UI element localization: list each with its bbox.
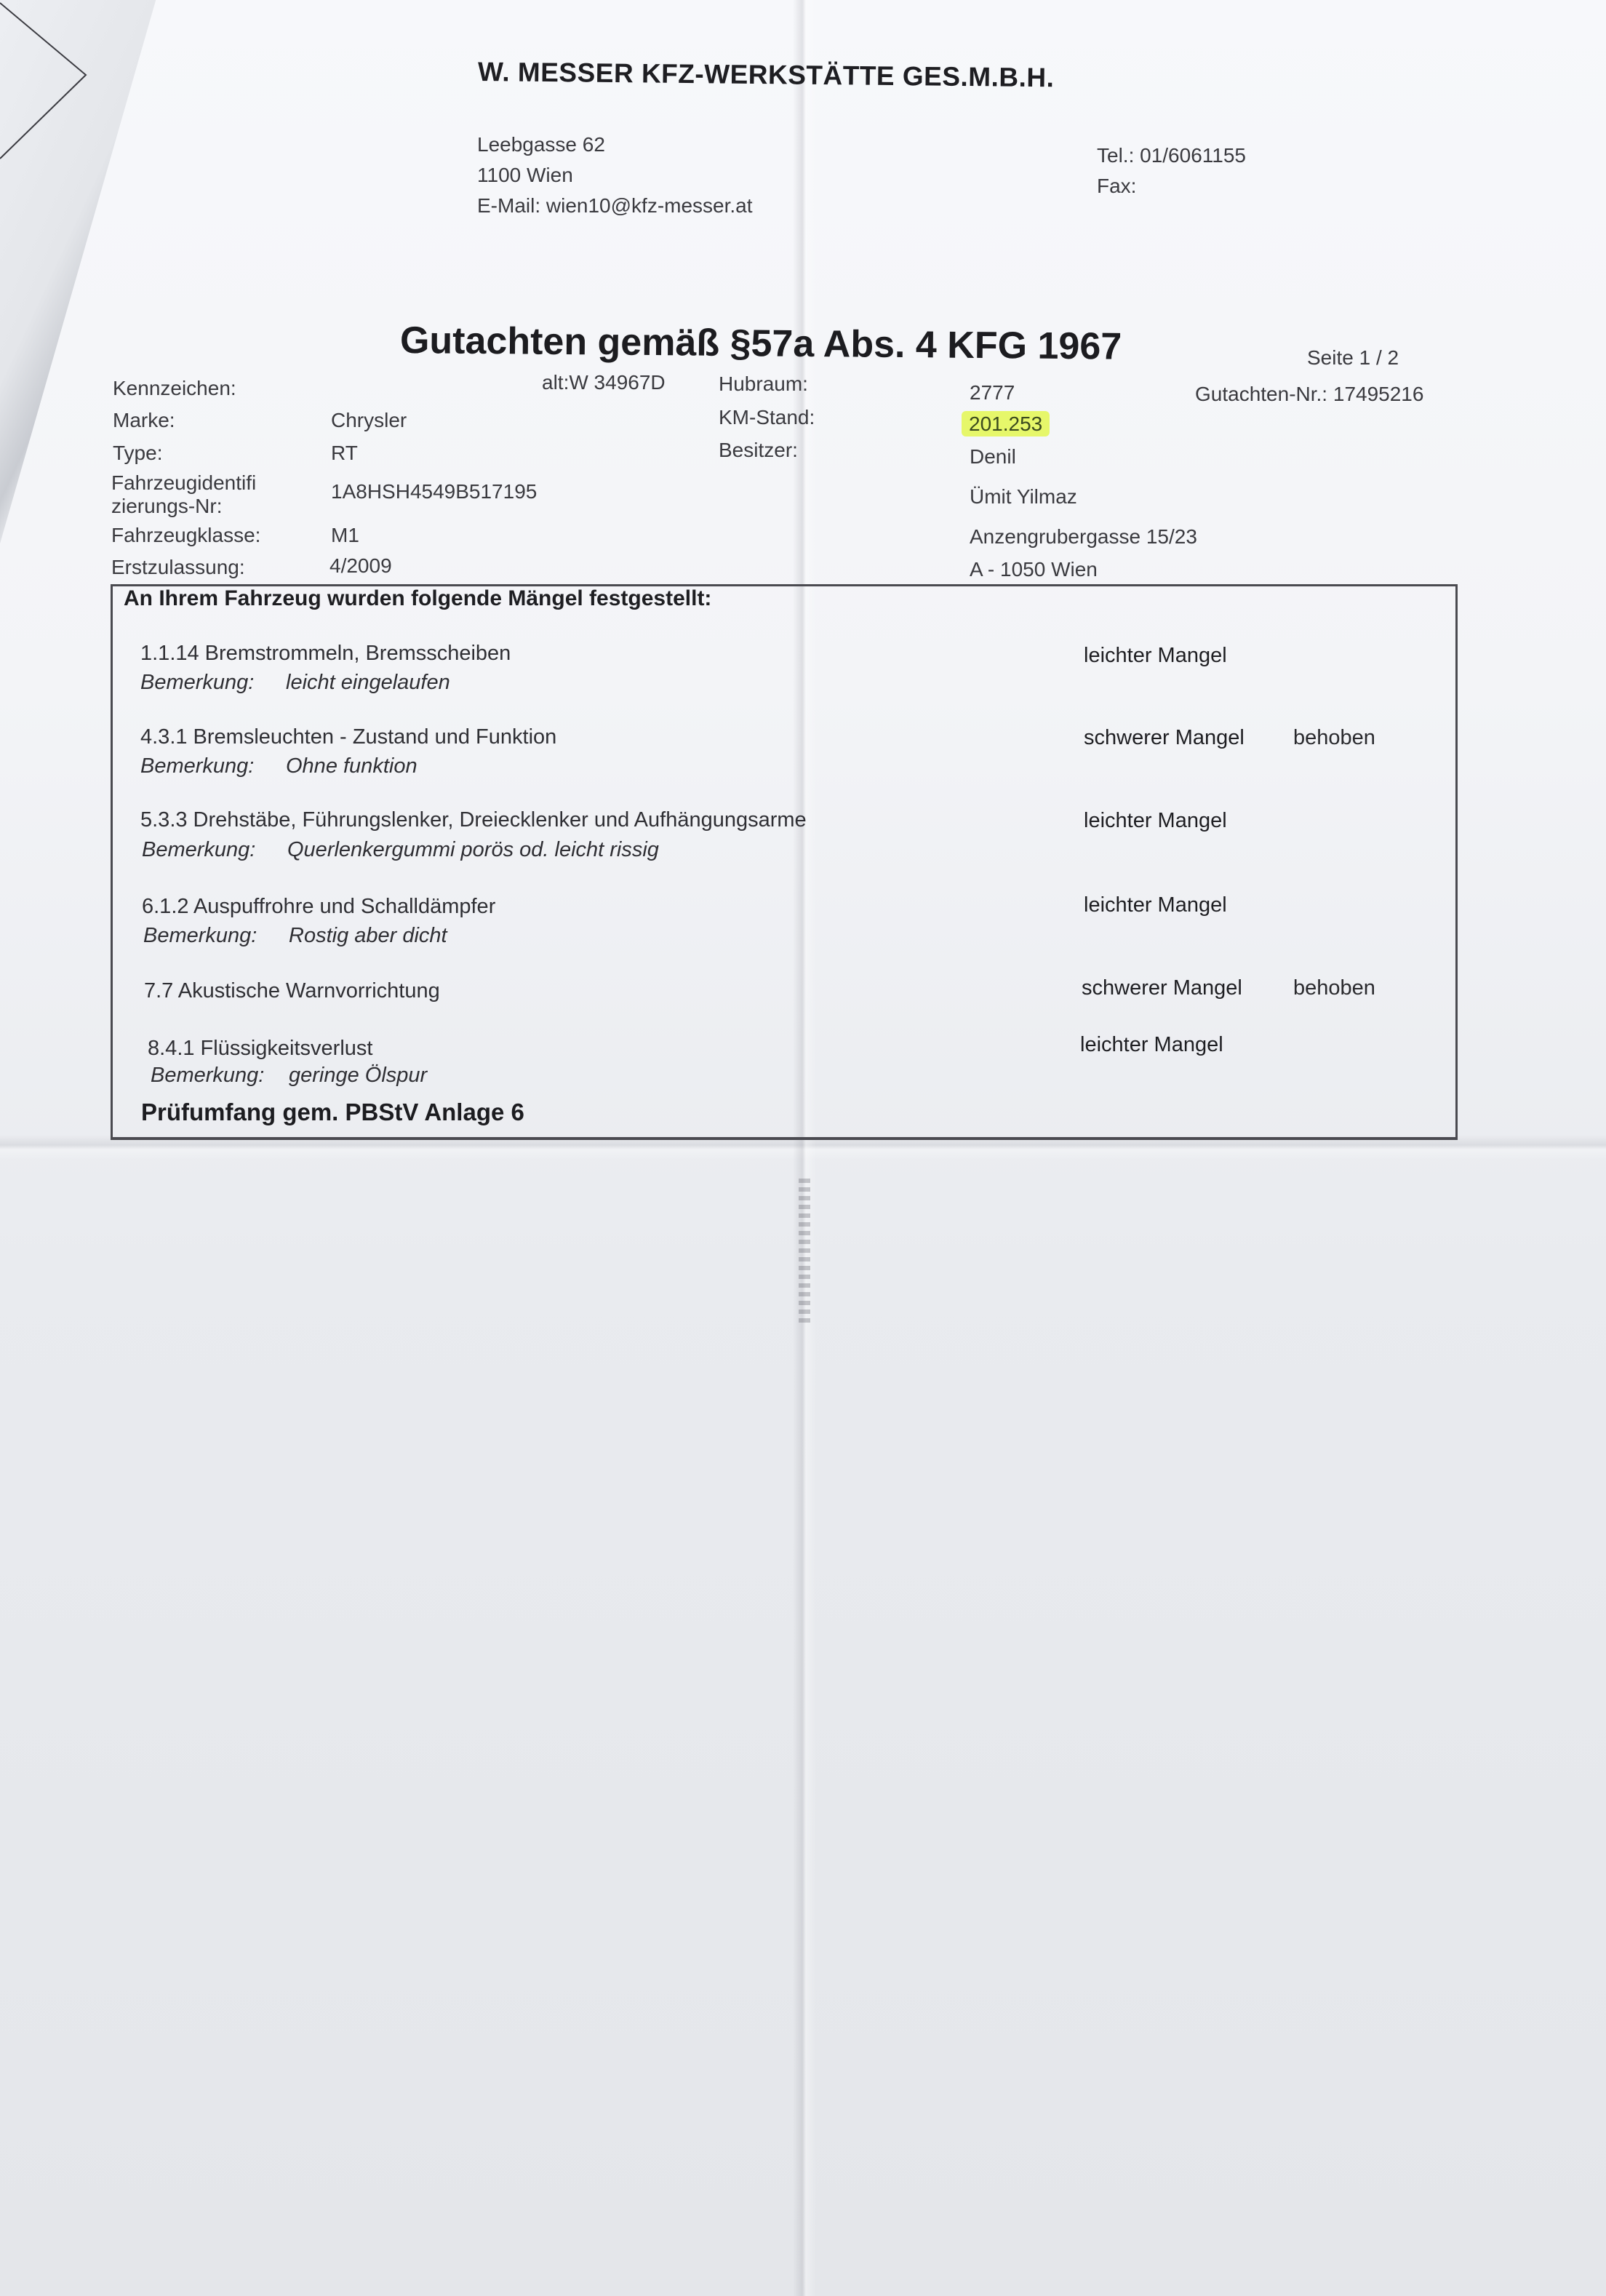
km-stand-highlight: 201.253 [962, 411, 1050, 437]
toner-smudge [799, 1179, 810, 1324]
owner-street: Anzengrubergasse 15/23 [970, 525, 1197, 549]
label-type: Type: [113, 442, 162, 465]
address-street: Leebgasse 62 [477, 129, 753, 160]
label-hubraum: Hubraum: [719, 372, 808, 396]
label-besitzer: Besitzer: [719, 439, 798, 462]
label-kennzeichen: Kennzeichen: [113, 377, 236, 400]
company-fax: Fax: [1097, 171, 1246, 202]
label-fin: Fahrzeugidentifi zierungs-Nr: [111, 471, 256, 518]
value-erstzulassung: 4/2009 [329, 554, 392, 578]
defect-remark: Bemerkung:Querlenkergummi porös od. leic… [142, 838, 659, 862]
defect-title: 4.3.1 Bremsleuchten - Zustand und Funkti… [140, 725, 556, 749]
defect-severity: schwerer Mangel [1082, 976, 1242, 1000]
address-city: 1100 Wien [477, 160, 753, 191]
label-marke: Marke: [113, 409, 175, 432]
defect-severity: schwerer Mangel [1084, 726, 1245, 750]
defect-title: 8.4.1 Flüssigkeitsverlust [148, 1037, 372, 1061]
report-number: Gutachten-Nr.: 17495216 [1195, 383, 1423, 406]
value-hubraum: 2777 [970, 381, 1015, 404]
defect-remark: Bemerkung:leicht eingelaufen [140, 671, 450, 695]
inspection-scope: Prüfumfang gem. PBStV Anlage 6 [141, 1099, 524, 1126]
defect-title: 7.7 Akustische Warnvorrichtung [144, 979, 440, 1003]
label-erstzulassung: Erstzulassung: [111, 556, 245, 579]
owner-name-2: Ümit Yilmaz [970, 485, 1077, 509]
company-tel: Tel.: 01/6061155 [1097, 140, 1246, 171]
defect-severity: leichter Mangel [1084, 644, 1227, 668]
owner-name-1: Denil [970, 445, 1016, 469]
folded-corner-outline [0, 0, 102, 175]
report-number-value: 17495216 [1333, 383, 1424, 405]
address-email: E-Mail: wien10@kfz-messer.at [477, 191, 753, 221]
label-km-stand: KM-Stand: [719, 406, 815, 429]
defect-title: 1.1.14 Bremstrommeln, Bremsscheiben [140, 642, 511, 666]
report-number-label: Gutachten-Nr.: [1195, 383, 1327, 405]
defect-remark: Bemerkung:Ohne funktion [140, 754, 418, 778]
page-number: Seite 1 / 2 [1307, 346, 1399, 370]
value-km-stand: 201.253 [962, 412, 1050, 436]
value-fin: 1A8HSH4549B517195 [331, 480, 537, 503]
document-title: Gutachten gemäß §57a Abs. 4 KFG 1967 [400, 319, 1122, 369]
defect-severity: leichter Mangel [1084, 893, 1227, 917]
value-marke: Chrysler [331, 409, 407, 432]
owner-city: A - 1050 Wien [970, 558, 1098, 581]
defect-title: 6.1.2 Auspuffrohre und Schalldämpfer [142, 895, 495, 919]
value-kennzeichen: alt:W 34967D [542, 371, 666, 394]
company-contact: Tel.: 01/6061155 Fax: [1097, 140, 1246, 202]
defect-title: 5.3.3 Drehstäbe, Führungslenker, Dreieck… [140, 808, 807, 832]
defect-severity: leichter Mangel [1080, 1033, 1223, 1057]
defect-remark: Bemerkung:geringe Ölspur [151, 1064, 427, 1088]
label-fahrzeugklasse: Fahrzeugklasse: [111, 524, 260, 547]
company-name: W. MESSER KFZ-WERKSTÄTTE GES.M.B.H. [478, 57, 1055, 93]
defect-status: behoben [1293, 726, 1375, 750]
defects-heading: An Ihrem Fahrzeug wurden folgende Mängel… [124, 586, 711, 611]
value-type: RT [331, 442, 358, 465]
defect-severity: leichter Mangel [1084, 809, 1227, 833]
company-address: Leebgasse 62 1100 Wien E-Mail: wien10@kf… [477, 129, 753, 221]
defect-status: behoben [1293, 976, 1375, 1000]
value-fahrzeugklasse: M1 [331, 524, 359, 547]
defect-remark: Bemerkung:Rostig aber dicht [143, 924, 447, 948]
